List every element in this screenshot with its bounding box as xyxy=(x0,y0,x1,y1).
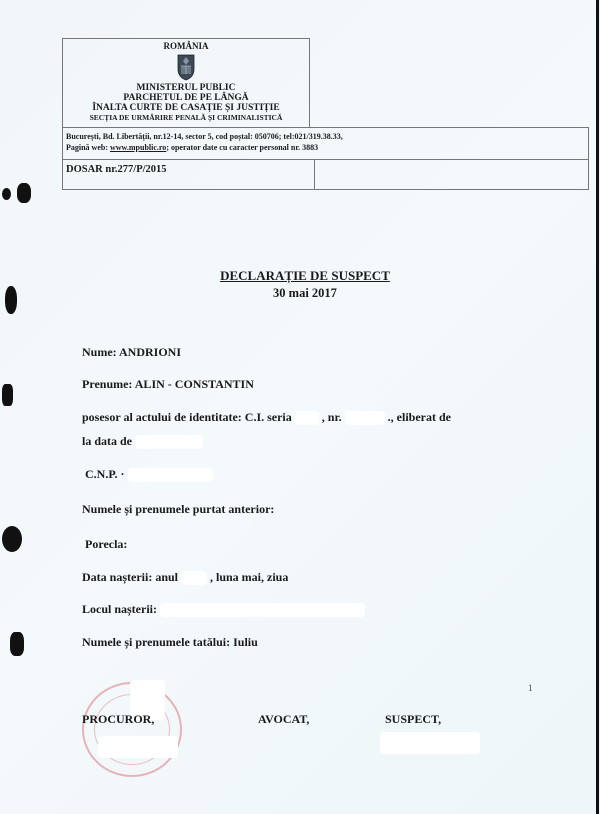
redacted-block xyxy=(380,732,480,754)
redacted-block xyxy=(128,468,213,482)
punch-hole-mark xyxy=(2,384,13,406)
signature-suspect: SUSPECT, xyxy=(385,712,441,727)
dosar-number: DOSAR nr.277/P/2015 xyxy=(63,160,315,189)
field-father: Numele și prenumele tatălui: Iuliu xyxy=(82,635,258,650)
empty-cell xyxy=(315,160,588,189)
dosar-row: DOSAR nr.277/P/2015 xyxy=(62,159,589,190)
redacted-block xyxy=(98,736,178,758)
document-title-block: DECLARAȚIE DE SUSPECT 30 mai 2017 xyxy=(0,268,600,301)
punch-hole-mark xyxy=(2,526,22,552)
cnp-label: C.N.P. · xyxy=(85,467,125,481)
field-nickname: Porecla: xyxy=(85,537,127,552)
redacted-block xyxy=(345,411,385,425)
institution-line: MINISTERUL PUBLIC xyxy=(63,83,309,93)
document-date: 30 mai 2017 xyxy=(0,286,600,301)
redacted-block xyxy=(181,571,207,585)
signature-procuror: PROCUROR, xyxy=(82,712,154,727)
operator-text: ; operator date cu caracter personal nr.… xyxy=(166,143,318,152)
institution-line: SECȚIA DE URMĂRIRE PENALĂ ȘI CRIMINALIST… xyxy=(63,113,309,122)
field-birth-place: Locul nașterii: xyxy=(82,602,365,617)
document-title: DECLARAȚIE DE SUSPECT xyxy=(0,268,600,284)
address-block: București, Bd. Libertății, nr.12-14, sec… xyxy=(62,127,589,160)
birth-place-label: Locul nașterii: xyxy=(82,602,157,616)
signature-avocat: AVOCAT, xyxy=(258,712,309,727)
web-line: Pagină web: www.mpublic.ro; operator dat… xyxy=(66,142,585,153)
id-suffix-label: ., eliberat de xyxy=(388,410,451,424)
web-label: Pagină web: xyxy=(66,143,110,152)
redacted-block xyxy=(295,411,319,425)
field-cnp: C.N.P. · xyxy=(85,467,213,482)
field-birth-date: Data nașterii: anul , luna mai, ziua xyxy=(82,570,288,585)
address-line: București, Bd. Libertății, nr.12-14, sec… xyxy=(66,131,585,142)
field-prenume: Prenume: ALIN - CONSTANTIN xyxy=(82,377,254,392)
id-label: posesor al actului de identitate: C.I. s… xyxy=(82,410,292,424)
redacted-block xyxy=(160,603,365,617)
institution-line: PARCHETUL DE PE LÂNGĂ xyxy=(63,93,309,103)
id-date-label: la data de xyxy=(82,434,132,448)
birth-label: Data nașterii: anul xyxy=(82,570,178,584)
country-name: ROMÂNIA xyxy=(63,41,309,51)
coat-of-arms-icon xyxy=(176,53,196,81)
punch-hole-mark xyxy=(10,632,24,656)
page-number: 1 xyxy=(528,683,533,693)
letterhead: ROMÂNIA MINISTERUL PUBLIC PARCHETUL DE P… xyxy=(62,38,310,128)
field-previous-name: Numele și prenumele purtat anterior: xyxy=(82,502,274,517)
redacted-block xyxy=(135,435,203,449)
punch-hole-mark xyxy=(17,183,31,203)
id-nr-label: , nr. xyxy=(322,410,342,424)
website-link[interactable]: www.mpublic.ro xyxy=(110,143,166,152)
document-page: ROMÂNIA MINISTERUL PUBLIC PARCHETUL DE P… xyxy=(0,0,599,814)
institution-line: ÎNALTA CURTE DE CASAȚIE ȘI JUSTIȚIE xyxy=(63,103,309,113)
field-id-date: la data de xyxy=(82,434,203,449)
field-id: posesor al actului de identitate: C.I. s… xyxy=(82,410,451,425)
punch-hole-mark xyxy=(2,188,11,200)
field-nume: Nume: ANDRIONI xyxy=(82,345,181,360)
birth-suffix-label: , luna mai, ziua xyxy=(210,570,288,584)
